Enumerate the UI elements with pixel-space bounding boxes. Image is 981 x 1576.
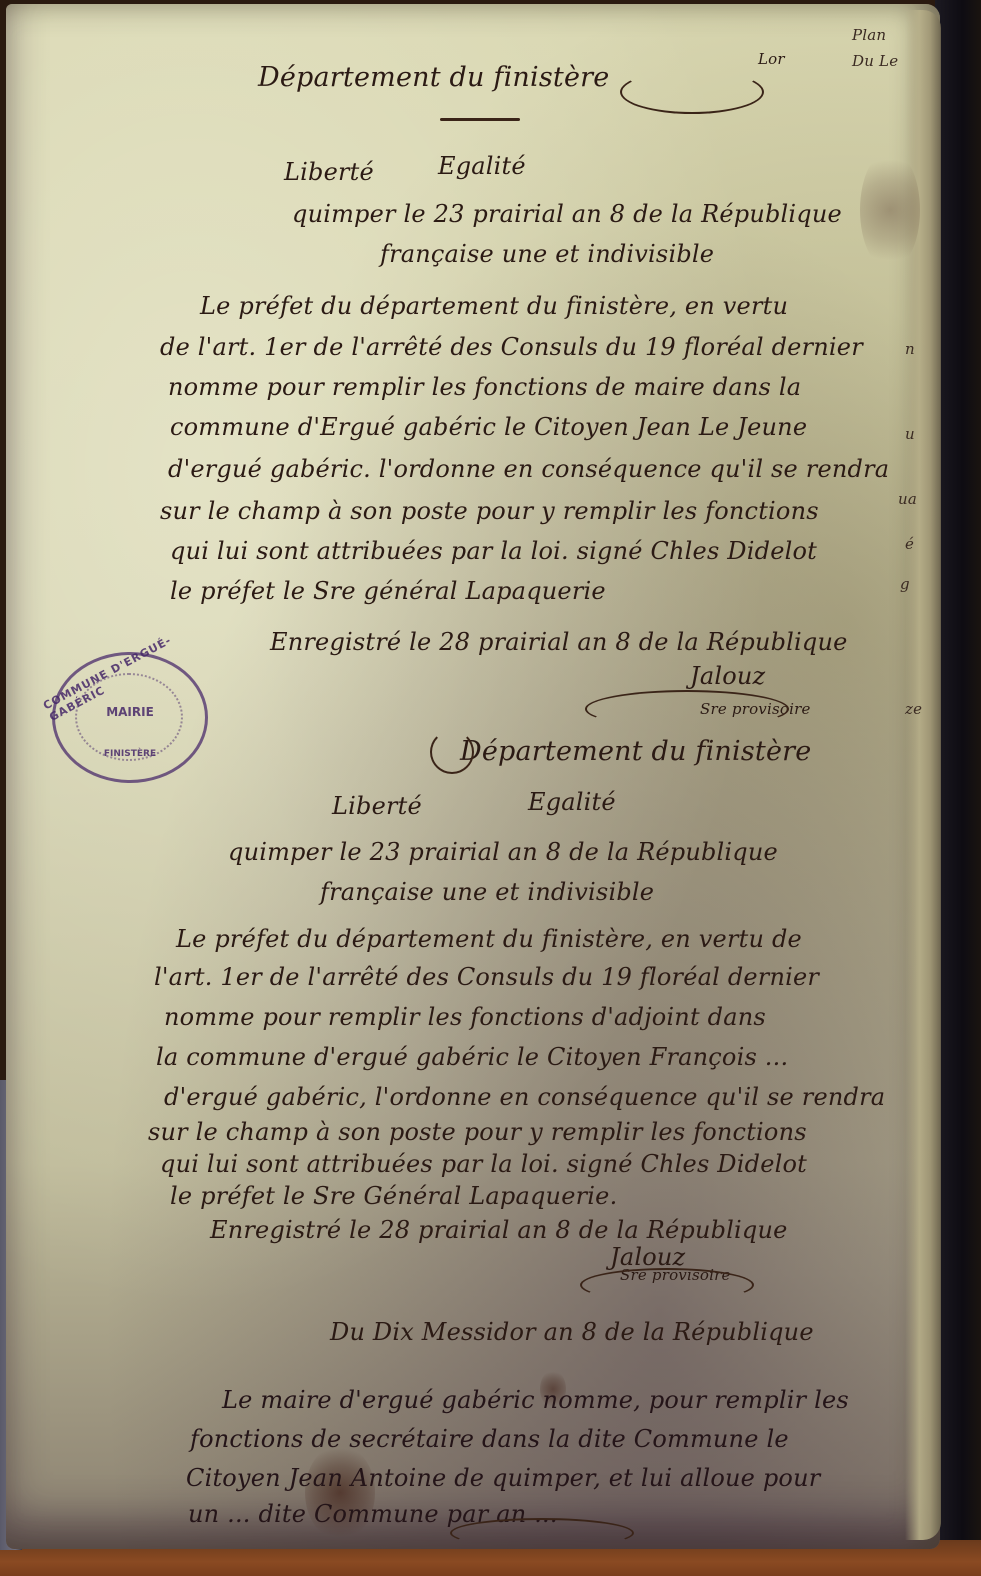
heading-flourish: [620, 70, 764, 114]
margin-note: u: [905, 425, 915, 443]
heading-flourish: [430, 730, 474, 774]
entry1-body-line: d'ergué gabéric. l'ordonne en conséquenc…: [168, 455, 889, 483]
entry2-dateline: française une et indivisible: [320, 878, 654, 906]
entry2-body-line: le préfet le Sre Général Lapaquerie.: [170, 1182, 617, 1210]
entry1-signature: Jalouz: [690, 662, 765, 690]
entry2-body-line: la commune d'ergué gabéric le Citoyen Fr…: [156, 1043, 788, 1071]
entry1-body-line: Le préfet du département du finistère, e…: [200, 292, 788, 320]
entry1-body-line: nomme pour remplir les fonctions de mair…: [168, 373, 801, 401]
entry2-motto-egalite: Egalité: [528, 788, 616, 816]
entry2-body-line: d'ergué gabéric, l'ordonne en conséquenc…: [164, 1083, 885, 1111]
margin-note: Plan: [852, 26, 886, 44]
entry2-heading: Département du finistère: [460, 736, 811, 767]
entry3-heading: Du Dix Messidor an 8 de la République: [330, 1318, 814, 1346]
signature-flourish: [450, 1518, 634, 1548]
margin-note: ua: [898, 490, 917, 508]
entry1-body-line: commune d'Ergué gabéric le Citoyen Jean …: [170, 413, 807, 441]
entry2-dateline: quimper le 23 prairial an 8 de la Républ…: [228, 838, 778, 866]
book-binding-right: [935, 0, 981, 1540]
signature-flourish: [585, 690, 789, 728]
stamp-center-text: MAIRIE: [55, 705, 205, 719]
entry1-body-line: le préfet le Sre général Lapaquerie: [170, 577, 606, 605]
margin-note: ze: [905, 700, 922, 718]
entry1-body-line: de l'art. 1er de l'arrêté des Consuls du…: [160, 333, 863, 361]
margin-note: Lor: [758, 50, 785, 68]
entry1-dateline: française une et indivisible: [380, 240, 714, 268]
stamp-bottom-text: FINISTÈRE: [55, 749, 205, 759]
entry2-motto-liberte: Liberté: [332, 792, 422, 820]
entry1-motto-egalite: Egalité: [438, 152, 526, 180]
entry1-body-line: qui lui sont attribuées par la loi. sign…: [170, 537, 817, 565]
margin-note: g: [900, 575, 910, 593]
margin-note: é: [905, 535, 914, 553]
entry3-body-line: Le maire d'ergué gabéric nomme, pour rem…: [222, 1386, 849, 1414]
signature-flourish: [580, 1268, 754, 1302]
margin-note: n: [905, 340, 915, 358]
margin-note: Du Le: [852, 52, 898, 70]
entry1-body-line: sur le champ à son poste pour y remplir …: [160, 497, 819, 525]
entry1-registration: Enregistré le 28 prairial an 8 de la Rép…: [270, 628, 848, 656]
entry1-heading: Département du finistère: [258, 62, 609, 93]
entry1-motto-liberte: Liberté: [284, 158, 374, 186]
entry1-dateline: quimper le 23 prairial an 8 de la Républ…: [292, 200, 842, 228]
entry2-body-line: Le préfet du département du finistère, e…: [176, 925, 802, 953]
entry2-body-line: l'art. 1er de l'arrêté des Consuls du 19…: [154, 963, 819, 991]
entry3-body-line: Citoyen Jean Antoine de quimper, et lui …: [186, 1464, 820, 1492]
entry2-body-line: qui lui sont attribuées par la loi. sign…: [160, 1150, 807, 1178]
entry3-body-line: fonctions de secrétaire dans la dite Com…: [190, 1425, 789, 1453]
entry2-body-line: sur le champ à son poste pour y remplir …: [148, 1118, 807, 1146]
ink-stain: [860, 150, 920, 270]
entry2-registration: Enregistré le 28 prairial an 8 de la Rép…: [210, 1216, 788, 1244]
municipal-stamp: COMMUNE D'ERGUÉ-GABÉRIC MAIRIE FINISTÈRE: [52, 652, 208, 783]
heading-underline: [440, 118, 520, 121]
entry2-body-line: nomme pour remplir les fonctions d'adjoi…: [164, 1003, 766, 1031]
